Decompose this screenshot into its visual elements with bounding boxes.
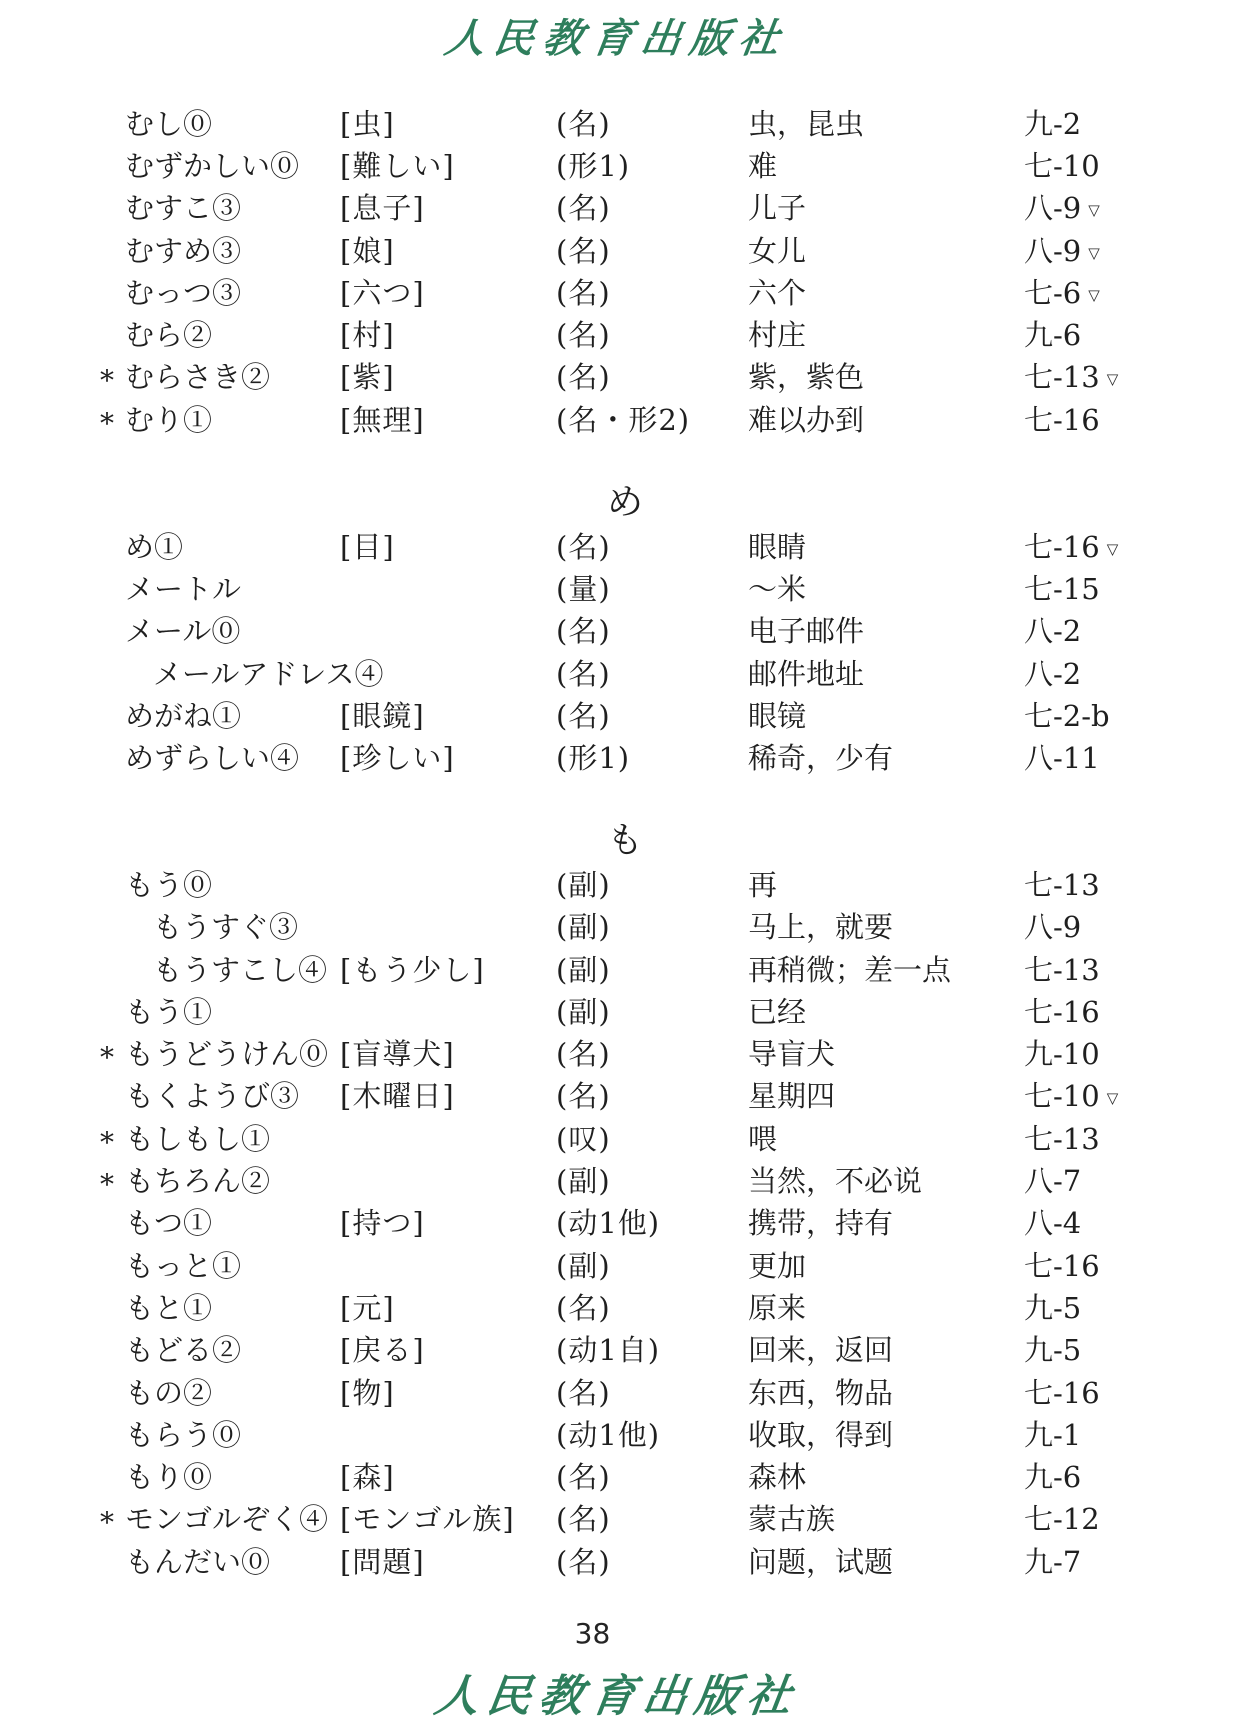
kana-word: めずらしい④: [125, 736, 340, 777]
triangle-mark: ▽: [1107, 540, 1119, 558]
vocab-row: もの②[物](名)东西，物品七-16: [0, 1370, 1233, 1412]
chinese-meaning: 再稍微；差一点: [748, 948, 1024, 989]
chinese-meaning: 问题，试题: [748, 1540, 1024, 1581]
part-of-speech: (名): [556, 229, 748, 270]
section-header: め: [0, 482, 1233, 524]
lesson-ref: 七-16: [1024, 990, 1233, 1031]
chinese-meaning: 稀奇，少有: [748, 736, 1024, 777]
part-of-speech: (名): [556, 355, 748, 396]
kana-word: もうすぐ③: [125, 905, 340, 946]
kanji-notation: [息子]: [340, 186, 556, 227]
kanji-notation: [娘]: [340, 229, 556, 270]
kanji-notation: [紫]: [340, 355, 556, 396]
kana-word: もうすこし④: [125, 948, 340, 989]
part-of-speech: (名): [556, 1032, 748, 1073]
kana-word: もう⓪: [125, 863, 340, 904]
star-marker: *: [100, 1506, 125, 1539]
kanji-notation: [物]: [340, 1371, 556, 1412]
lesson-ref: 七-6▽: [1024, 271, 1233, 312]
triangle-mark: ▽: [1088, 244, 1100, 262]
kana-word: むっつ③: [125, 271, 340, 312]
chinese-meaning: 当然，不必说: [748, 1159, 1024, 1200]
kana-word: もの②: [125, 1371, 340, 1412]
kana-word: むずかしい⓪: [125, 144, 340, 185]
part-of-speech: (名): [556, 652, 748, 693]
vocab-row: もう①(副)已经七-16: [0, 989, 1233, 1031]
kana-word: もくようび③: [125, 1074, 340, 1115]
kanji-notation: [元]: [340, 1286, 556, 1327]
lesson-ref: 八-2: [1024, 652, 1233, 693]
vocab-row: もうすこし④[もう少し](副)再稍微；差一点七-13: [0, 947, 1233, 989]
triangle-mark: ▽: [1088, 201, 1100, 219]
chinese-meaning: 更加: [748, 1244, 1024, 1285]
vocab-row: もうすぐ③(副)马上，就要八-9: [0, 905, 1233, 947]
part-of-speech: (副): [556, 1244, 748, 1285]
section-spacer: [0, 778, 1233, 820]
part-of-speech: (叹): [556, 1117, 748, 1158]
part-of-speech: (形1): [556, 736, 748, 777]
star-marker: *: [100, 1041, 125, 1074]
lesson-ref: 八-9: [1024, 905, 1233, 946]
section-spacer: [0, 439, 1233, 481]
kanji-notation: [問題]: [340, 1540, 556, 1581]
star-marker: *: [100, 1126, 125, 1159]
kana-word: モンゴルぞく④: [125, 1497, 340, 1538]
kana-word: もう①: [125, 990, 340, 1031]
kanji-notation: [森]: [340, 1455, 556, 1496]
part-of-speech: (名): [556, 1540, 748, 1581]
kana-word: もんだい⓪: [125, 1540, 340, 1581]
part-of-speech: (副): [556, 948, 748, 989]
kana-word: め①: [125, 525, 340, 566]
vocab-row: *もしもし①(叹)喂七-13: [0, 1116, 1233, 1158]
part-of-speech: (动1自): [556, 1328, 748, 1369]
part-of-speech: (名): [556, 694, 748, 735]
vocab-row: *もうどうけん⓪[盲導犬](名)导盲犬九-10: [0, 1032, 1233, 1074]
vocab-table: むし⓪[虫](名)虫，昆虫九-2むずかしい⓪[難しい](形1)难七-10むすこ③…: [0, 101, 1233, 1581]
vocab-row: メール⓪(名)电子邮件八-2: [0, 609, 1233, 651]
chinese-meaning: 已经: [748, 990, 1024, 1031]
vocab-row: *もちろん②(副)当然，不必说八-7: [0, 1158, 1233, 1200]
part-of-speech: (副): [556, 863, 748, 904]
chinese-meaning: 导盲犬: [748, 1032, 1024, 1073]
vocab-row: め①[目](名)眼睛七-16▽: [0, 524, 1233, 566]
lesson-ref: 七-16: [1024, 398, 1233, 439]
lesson-ref: 七-13: [1024, 948, 1233, 989]
kanji-notation: [眼鏡]: [340, 694, 556, 735]
lesson-ref: 七-16: [1024, 1244, 1233, 1285]
chinese-meaning: 原来: [748, 1286, 1024, 1327]
part-of-speech: (名): [556, 1371, 748, 1412]
kanji-notation: [モンゴル族]: [340, 1497, 556, 1538]
kana-word: むすめ③: [125, 229, 340, 270]
chinese-meaning: 眼镜: [748, 694, 1024, 735]
lesson-ref: 九-5: [1024, 1286, 1233, 1327]
part-of-speech: (名): [556, 313, 748, 354]
kana-word: もどる②: [125, 1328, 340, 1369]
vocab-row: メールアドレス④(名)邮件地址八-2: [0, 651, 1233, 693]
kana-word: メートル: [125, 567, 340, 608]
vocab-row: *むらさき②[紫](名)紫，紫色七-13▽: [0, 355, 1233, 397]
lesson-ref: 七-13: [1024, 1117, 1233, 1158]
triangle-mark: ▽: [1088, 286, 1100, 304]
lesson-ref: 七-2-b: [1024, 694, 1233, 735]
kana-word: むら②: [125, 313, 340, 354]
chinese-meaning: 难: [748, 144, 1024, 185]
part-of-speech: (名): [556, 1286, 748, 1327]
chinese-meaning: 蒙古族: [748, 1497, 1024, 1538]
part-of-speech: (名): [556, 186, 748, 227]
vocab-row: *むり①[無理](名・形2)难以办到七-16: [0, 397, 1233, 439]
vocab-row: もっと①(副)更加七-16: [0, 1243, 1233, 1285]
chinese-meaning: 六个: [748, 271, 1024, 312]
part-of-speech: (副): [556, 1159, 748, 1200]
lesson-ref: 七-15: [1024, 567, 1233, 608]
lesson-ref: 七-16: [1024, 1371, 1233, 1412]
kana-word: もちろん②: [125, 1159, 340, 1200]
lesson-ref: 九-7: [1024, 1540, 1233, 1581]
part-of-speech: (名): [556, 1074, 748, 1115]
vocab-row: もう⓪(副)再七-13: [0, 862, 1233, 904]
vocab-row: もどる②[戻る](动1自)回来，返回九-5: [0, 1328, 1233, 1370]
kanji-notation: [戻る]: [340, 1328, 556, 1369]
vocab-row: *モンゴルぞく④[モンゴル族](名)蒙古族七-12: [0, 1497, 1233, 1539]
chinese-meaning: 马上，就要: [748, 905, 1024, 946]
kanji-notation: [盲導犬]: [340, 1032, 556, 1073]
lesson-ref: 九-1: [1024, 1413, 1233, 1454]
lesson-ref: 七-12: [1024, 1497, 1233, 1538]
chinese-meaning: 儿子: [748, 186, 1024, 227]
lesson-ref: 九-6: [1024, 1455, 1233, 1496]
triangle-mark: ▽: [1107, 1089, 1119, 1107]
publisher-logo-text: 人民教育出版社: [441, 10, 792, 68]
vocab-row: もんだい⓪[問題](名)问题，试题九-7: [0, 1539, 1233, 1581]
chinese-meaning: 邮件地址: [748, 652, 1024, 693]
lesson-ref: 九-2: [1024, 102, 1233, 143]
chinese-meaning: 森林: [748, 1455, 1024, 1496]
chinese-meaning: 电子邮件: [748, 609, 1024, 650]
chinese-meaning: 女儿: [748, 229, 1024, 270]
kanji-notation: [六つ]: [340, 271, 556, 312]
lesson-ref: 八-11: [1024, 736, 1233, 777]
vocab-row: もつ①[持つ](动1他)携带，持有八-4: [0, 1201, 1233, 1243]
kana-word: もしもし①: [125, 1117, 340, 1158]
kana-word: むり①: [125, 398, 340, 439]
chinese-meaning: 东西，物品: [748, 1371, 1024, 1412]
part-of-speech: (名): [556, 1455, 748, 1496]
chinese-meaning: 虫，昆虫: [748, 102, 1024, 143]
part-of-speech: (名): [556, 102, 748, 143]
publisher-logo-text: 人民教育出版社: [430, 1665, 803, 1729]
vocab-row: もと①[元](名)原来九-5: [0, 1285, 1233, 1327]
publisher-logo-top: 人民教育出版社: [0, 0, 1233, 78]
lesson-ref: 七-10▽: [1024, 1074, 1233, 1115]
chinese-meaning: 再: [748, 863, 1024, 904]
kanji-notation: [難しい]: [340, 144, 556, 185]
kana-word: もり⓪: [125, 1455, 340, 1496]
chinese-meaning: 收取，得到: [748, 1413, 1024, 1454]
chinese-meaning: 村庄: [748, 313, 1024, 354]
lesson-ref: 九-10: [1024, 1032, 1233, 1073]
part-of-speech: (副): [556, 905, 748, 946]
chinese-meaning: 携带，持有: [748, 1201, 1024, 1242]
lesson-ref: 九-6: [1024, 313, 1233, 354]
kana-word: もらう⓪: [125, 1413, 340, 1454]
kana-word: むらさき②: [125, 355, 340, 396]
vocab-row: もらう⓪(动1他)收取，得到九-1: [0, 1412, 1233, 1454]
lesson-ref: 七-13▽: [1024, 355, 1233, 396]
lesson-ref: 七-10: [1024, 144, 1233, 185]
kanji-notation: [持つ]: [340, 1201, 556, 1242]
part-of-speech: (形1): [556, 144, 748, 185]
kanji-notation: [木曜日]: [340, 1074, 556, 1115]
kana-word: メール⓪: [125, 609, 340, 650]
kana-word: もと①: [125, 1286, 340, 1327]
lesson-ref: 八-2: [1024, 609, 1233, 650]
part-of-speech: (名): [556, 271, 748, 312]
lesson-ref: 八-7: [1024, 1159, 1233, 1200]
kanji-notation: [目]: [340, 525, 556, 566]
kana-word: めがね①: [125, 694, 340, 735]
lesson-ref: 八-4: [1024, 1201, 1233, 1242]
vocab-row: むすこ③[息子](名)儿子八-9▽: [0, 186, 1233, 228]
chinese-meaning: 紫，紫色: [748, 355, 1024, 396]
vocab-row: むっつ③[六つ](名)六个七-6▽: [0, 270, 1233, 312]
section-header: も: [0, 820, 1233, 862]
part-of-speech: (量): [556, 567, 748, 608]
vocab-row: メートル(量)～米七-15: [0, 566, 1233, 608]
vocab-row: むし⓪[虫](名)虫，昆虫九-2: [0, 101, 1233, 143]
kanji-notation: [無理]: [340, 398, 556, 439]
vocab-row: めずらしい④[珍しい](形1)稀奇，少有八-11: [0, 735, 1233, 777]
part-of-speech: (名・形2): [556, 398, 748, 439]
vocab-row: めがね①[眼鏡](名)眼镜七-2-b: [0, 693, 1233, 735]
vocab-row: むら②[村](名)村庄九-6: [0, 312, 1233, 354]
kanji-notation: [もう少し]: [340, 948, 556, 989]
vocab-row: もり⓪[森](名)森林九-6: [0, 1455, 1233, 1497]
lesson-ref: 九-5: [1024, 1328, 1233, 1369]
part-of-speech: (名): [556, 525, 748, 566]
part-of-speech: (动1他): [556, 1201, 748, 1242]
kana-word: メールアドレス④: [125, 652, 340, 693]
lesson-ref: 八-9▽: [1024, 229, 1233, 270]
lesson-ref: 八-9▽: [1024, 186, 1233, 227]
chinese-meaning: 回来，返回: [748, 1328, 1024, 1369]
vocab-row: むすめ③[娘](名)女儿八-9▽: [0, 228, 1233, 270]
page-number: 38: [0, 1613, 1185, 1655]
vocab-row: むずかしい⓪[難しい](形1)难七-10: [0, 143, 1233, 185]
triangle-mark: ▽: [1107, 370, 1119, 388]
kanji-notation: [村]: [340, 313, 556, 354]
kana-word: むすこ③: [125, 186, 340, 227]
lesson-ref: 七-16▽: [1024, 525, 1233, 566]
chinese-meaning: 眼睛: [748, 525, 1024, 566]
lesson-ref: 七-13: [1024, 863, 1233, 904]
chinese-meaning: 喂: [748, 1117, 1024, 1158]
part-of-speech: (动1他): [556, 1413, 748, 1454]
kana-word: むし⓪: [125, 102, 340, 143]
star-marker: *: [100, 407, 125, 440]
part-of-speech: (名): [556, 609, 748, 650]
kanji-notation: [虫]: [340, 102, 556, 143]
kana-word: もつ①: [125, 1201, 340, 1242]
part-of-speech: (名): [556, 1497, 748, 1538]
kana-word: もっと①: [125, 1244, 340, 1285]
chinese-meaning: 难以办到: [748, 398, 1024, 439]
vocab-row: もくようび③[木曜日](名)星期四七-10▽: [0, 1074, 1233, 1116]
kanji-notation: [珍しい]: [340, 736, 556, 777]
part-of-speech: (副): [556, 990, 748, 1031]
chinese-meaning: ～米: [748, 567, 1024, 608]
star-marker: *: [100, 1168, 125, 1201]
publisher-logo-bottom: 人民教育出版社: [0, 1665, 1233, 1729]
chinese-meaning: 星期四: [748, 1074, 1024, 1115]
star-marker: *: [100, 364, 125, 397]
kana-word: もうどうけん⓪: [125, 1032, 340, 1073]
